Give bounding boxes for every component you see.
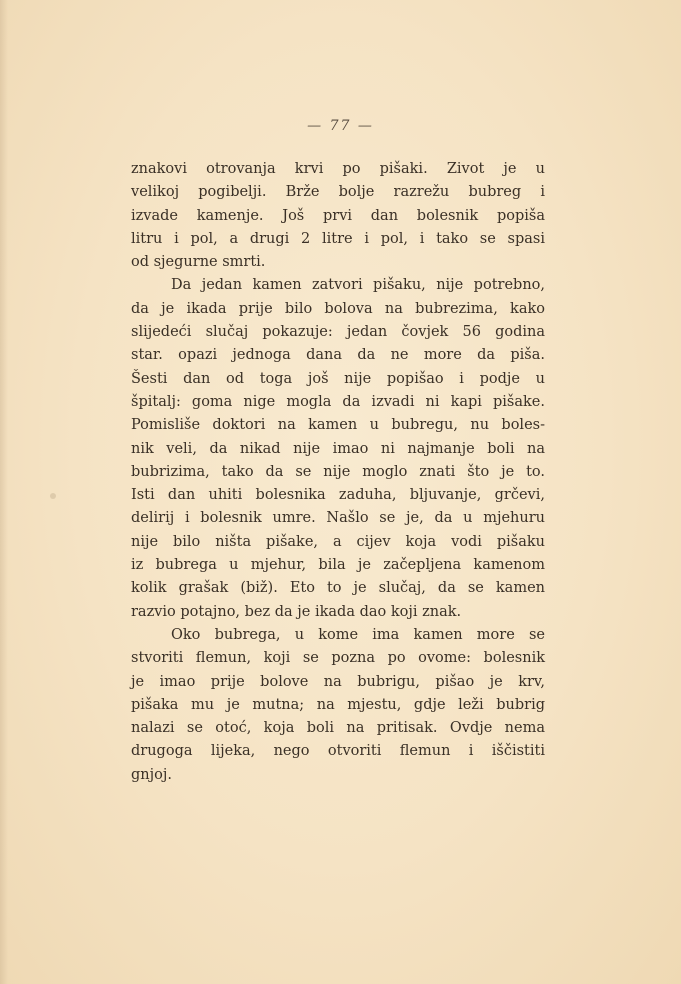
text-line: slijedeći slučaj pokazuje: jedan čovjek … (131, 321, 545, 344)
text-line: znakovi otrovanja krvi po pišaki. Zivot … (131, 158, 545, 181)
text-line: gnjoj. (131, 764, 545, 787)
page-edge-shadow (0, 0, 8, 984)
paragraph-2: Da jedan kamen zatvori pišaku, nije potr… (131, 274, 545, 623)
text-line: špitalj: goma nige mogla da izvadi ni ka… (131, 391, 545, 414)
text-line: litru i pol, a drugi 2 litre i pol, i ta… (131, 228, 545, 251)
page-number: — 77 — (0, 118, 681, 134)
text-line: razvio potajno, bez da je ikada dao koji… (131, 601, 545, 624)
text-line: pišaka mu je mutna; na mjestu, gdje leži… (131, 694, 545, 717)
text-line: nik veli, da nikad nije imao ni najmanje… (131, 438, 545, 461)
text-line: Da jedan kamen zatvori pišaku, nije potr… (131, 274, 545, 297)
text-line: Oko bubrega, u kome ima kamen more se (131, 624, 545, 647)
text-line: Isti dan uhiti bolesnika zaduha, bljuvan… (131, 484, 545, 507)
paragraph-3: Oko bubrega, u kome ima kamen more se st… (131, 624, 545, 787)
text-line: drugoga lijeka, nego otvoriti flemun i i… (131, 740, 545, 763)
text-line: bubrizima, tako da se nije moglo znati š… (131, 461, 545, 484)
text-line: izvade kamenje. Još prvi dan bolesnik po… (131, 205, 545, 228)
text-line: delirij i bolesnik umre. Našlo se je, da… (131, 507, 545, 530)
text-line: nije bilo ništa pišake, a cijev koja vod… (131, 531, 545, 554)
paper-spot (50, 493, 56, 499)
text-line: velikoj pogibelji. Brže bolje razrežu bu… (131, 181, 545, 204)
text-line: kolik grašak (biž). Eto to je slučaj, da… (131, 577, 545, 600)
text-line: nalazi se otoć, koja boli na pritisak. O… (131, 717, 545, 740)
text-line: stvoriti flemun, koji se pozna po ovome:… (131, 647, 545, 670)
text-line: Pomisliše doktori na kamen u bubregu, nu… (131, 414, 545, 437)
text-line: iz bubrega u mjehur, bila je začepljena … (131, 554, 545, 577)
text-line: je imao prije bolove na bubrigu, pišao j… (131, 671, 545, 694)
paragraph-1: znakovi otrovanja krvi po pišaki. Zivot … (131, 158, 545, 274)
text-line: Šesti dan od toga još nije popišao i pod… (131, 368, 545, 391)
body-text: znakovi otrovanja krvi po pišaki. Zivot … (131, 158, 545, 787)
text-line: star. opazi jednoga dana da ne more da p… (131, 344, 545, 367)
text-line: da je ikada prije bilo bolova na bubrezi… (131, 298, 545, 321)
text-line: od sjegurne smrti. (131, 251, 545, 274)
